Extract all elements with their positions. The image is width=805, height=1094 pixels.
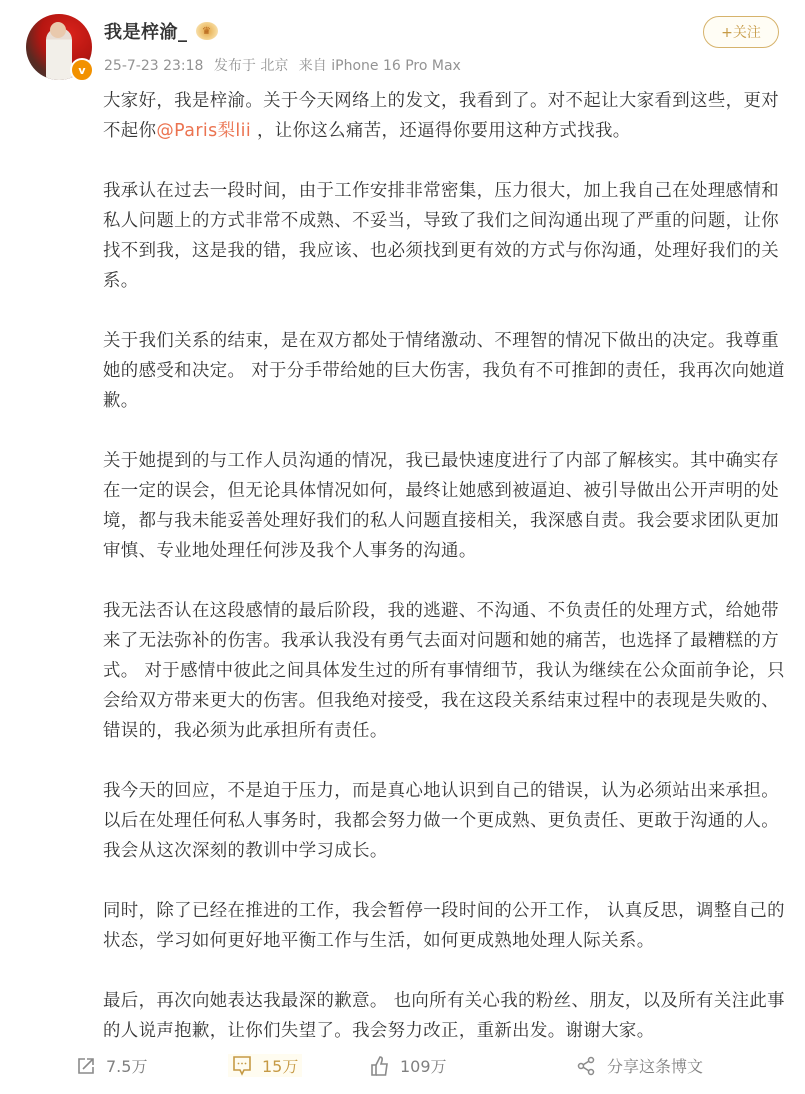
thumbs-up-icon <box>370 1055 390 1077</box>
like-button[interactable]: 109万 <box>370 1054 447 1077</box>
crown-badge-icon[interactable]: ♛ <box>196 22 218 40</box>
post-location: 发布于 北京 <box>214 58 288 74</box>
paragraph-4: 关于她提到的与工作人员沟通的情况，我已最快速度进行了内部了解核实。其中确实存在一… <box>103 446 793 566</box>
weibo-post-card: v 我是梓渝_ ♛ 25-7-23 23:18 发布于 北京 来自 iPhone… <box>0 0 805 1094</box>
author-name[interactable]: 我是梓渝_ <box>104 18 188 44</box>
repost-icon <box>76 1056 96 1076</box>
share-button[interactable]: 分享这条博文 <box>577 1054 703 1077</box>
author-name-row: 我是梓渝_ ♛ <box>104 18 218 44</box>
paragraph-3: 关于我们关系的结束，是在双方都处于情绪激动、不理智的情况下做出的决定。我尊重她的… <box>103 326 793 416</box>
repost-button[interactable]: 7.5万 <box>76 1054 147 1077</box>
follow-button[interactable]: +关注 <box>703 16 779 48</box>
action-bar: 7.5万 15万 109万 <box>0 1042 805 1094</box>
comment-button[interactable]: 15万 <box>228 1054 302 1077</box>
mention-link[interactable]: @Paris梨lii <box>156 121 251 141</box>
paragraph-1: 大家好，我是梓渝。关于今天网络上的发文，我看到了。对不起让大家看到这些，更对不起… <box>103 86 793 146</box>
like-count: 109万 <box>400 1054 447 1077</box>
paragraph-7: 同时，除了已经在推进的工作，我会暂停一段时间的公开工作， 认真反思，调整自己的状… <box>103 896 793 956</box>
paragraph-8: 最后，再次向她表达我最深的歉意。 也向所有关心我的粉丝、朋友，以及所有关注此事的… <box>103 986 793 1046</box>
post-source: 来自 iPhone 16 Pro Max <box>299 58 461 74</box>
post-timestamp[interactable]: 25-7-23 23:18 <box>104 58 203 74</box>
post-body: 大家好，我是梓渝。关于今天网络上的发文，我看到了。对不起让大家看到这些，更对不起… <box>103 86 793 1076</box>
share-icon <box>577 1056 597 1076</box>
paragraph-5: 我无法否认在这段感情的最后阶段，我的逃避、不沟通、不负责任的处理方式，给她带来了… <box>103 596 793 746</box>
author-avatar[interactable]: v <box>26 14 92 80</box>
verified-badge-icon: v <box>70 58 94 82</box>
post-meta: 25-7-23 23:18 发布于 北京 来自 iPhone 16 Pro Ma… <box>104 55 467 75</box>
comment-icon <box>232 1055 252 1077</box>
comment-count: 15万 <box>262 1054 298 1077</box>
paragraph-2: 我承认在过去一段时间，由于工作安排非常密集，压力很大，加上我自己在处理感情和私人… <box>103 176 793 296</box>
follow-label: +关注 <box>721 22 761 42</box>
repost-count: 7.5万 <box>106 1054 147 1077</box>
paragraph-6: 我今天的回应，不是迫于压力，而是真心地认识到自己的错误，认为必须站出来承担。以后… <box>103 776 793 866</box>
share-label: 分享这条博文 <box>607 1054 703 1077</box>
